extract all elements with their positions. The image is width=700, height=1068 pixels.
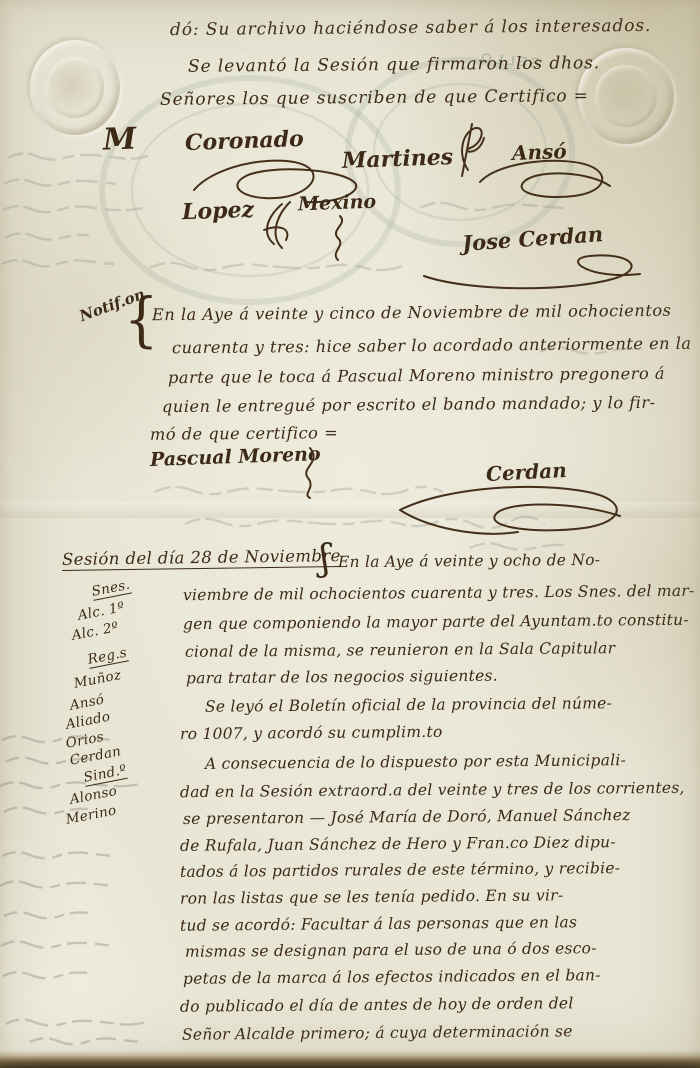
signature-mexino: Mexino	[298, 191, 377, 216]
manuscript-line: A consecuencia de lo dispuesto por esta …	[205, 751, 626, 773]
page-bottom-edge	[0, 1050, 700, 1068]
manuscript-line: dad en la Sesión extraord.a del veinte y…	[180, 779, 685, 801]
manuscript-line: se presentaron — José María de Doró, Man…	[183, 806, 631, 828]
section-brace: ʃ	[320, 538, 330, 579]
signature-flourish	[420, 248, 655, 293]
manuscript-line: ron las listas que se les tenía pedido. …	[180, 886, 563, 907]
signature-martines: Martines	[342, 144, 454, 174]
manuscript-line: dó: Su archivo haciéndose saber á los in…	[170, 16, 651, 40]
signature-flourish	[470, 152, 620, 207]
signature-flourish	[388, 476, 643, 548]
signature-rubric	[252, 200, 298, 252]
manuscript-line: para tratar de los negocios siguientes.	[186, 667, 498, 688]
manuscript-line: parte que le toca á Pascual Moreno minis…	[168, 364, 665, 387]
attendee-item: Alc. 2º	[70, 619, 119, 644]
manuscript-line: quien le entregué por escrito el bando m…	[162, 393, 656, 416]
session-heading: Sesión del día 28 de Noviembre	[62, 546, 341, 571]
manuscript-line: Se leyó el Boletín oficial de la provinc…	[205, 694, 612, 716]
manuscript-line: do publicado el día de antes de hoy de o…	[180, 994, 574, 1015]
manuscript-line: de Rufala, Juan Sánchez de Hero y Fran.c…	[180, 833, 616, 855]
manuscript-line: petas de la marca á los efectos indicado…	[183, 966, 601, 988]
manuscript-line: tados á los partidos rurales de este tér…	[180, 859, 620, 881]
manuscript-line: mó de que certifico =	[150, 423, 338, 444]
manuscript-line: viembre de mil ochocientos cuarenta y tr…	[183, 582, 695, 604]
manuscript-line: gen que componiendo la mayor parte del A…	[183, 611, 689, 633]
attendee-item: Sind.º	[82, 762, 128, 787]
manuscript-line: cional de la misma, se reunieron en la S…	[185, 639, 615, 661]
manuscript-line: cuarenta y tres: hice saber lo acordado …	[172, 334, 692, 358]
attendee-item: Alc. 1º	[76, 599, 125, 624]
attendee-item: Muñoz	[72, 667, 122, 692]
attendee-item: Snes.	[90, 577, 131, 601]
manuscript-line: Señor Alcalde primero; á cuya determinac…	[182, 1022, 573, 1043]
manuscript-line: En la Aye á veinte y ocho de No-	[338, 551, 600, 571]
manuscript-page: SELLO dó: Su archivo haciéndose saber á …	[0, 0, 700, 1068]
signature-paraph: M	[102, 121, 136, 157]
signature-rubric	[328, 214, 350, 264]
embossed-seal-left	[30, 40, 120, 135]
manuscript-line: Se levantó la Sesión que firmaron los dh…	[188, 53, 600, 77]
attendee-item: Reg.s	[86, 645, 128, 669]
signature-rubric	[292, 444, 328, 502]
manuscript-line: mismas se designan para el uso de una ó …	[185, 939, 597, 961]
manuscript-line: tud se acordó: Facultar á las personas q…	[180, 913, 577, 934]
manuscript-line: ro 1007, y acordó su cumplim.to	[180, 723, 443, 743]
signature-lopez: Lopez	[182, 197, 255, 225]
manuscript-line: Señores los que suscriben de que Certifi…	[160, 86, 589, 110]
manuscript-line: En la Aye á veinte y cinco de Noviembre …	[152, 301, 671, 325]
